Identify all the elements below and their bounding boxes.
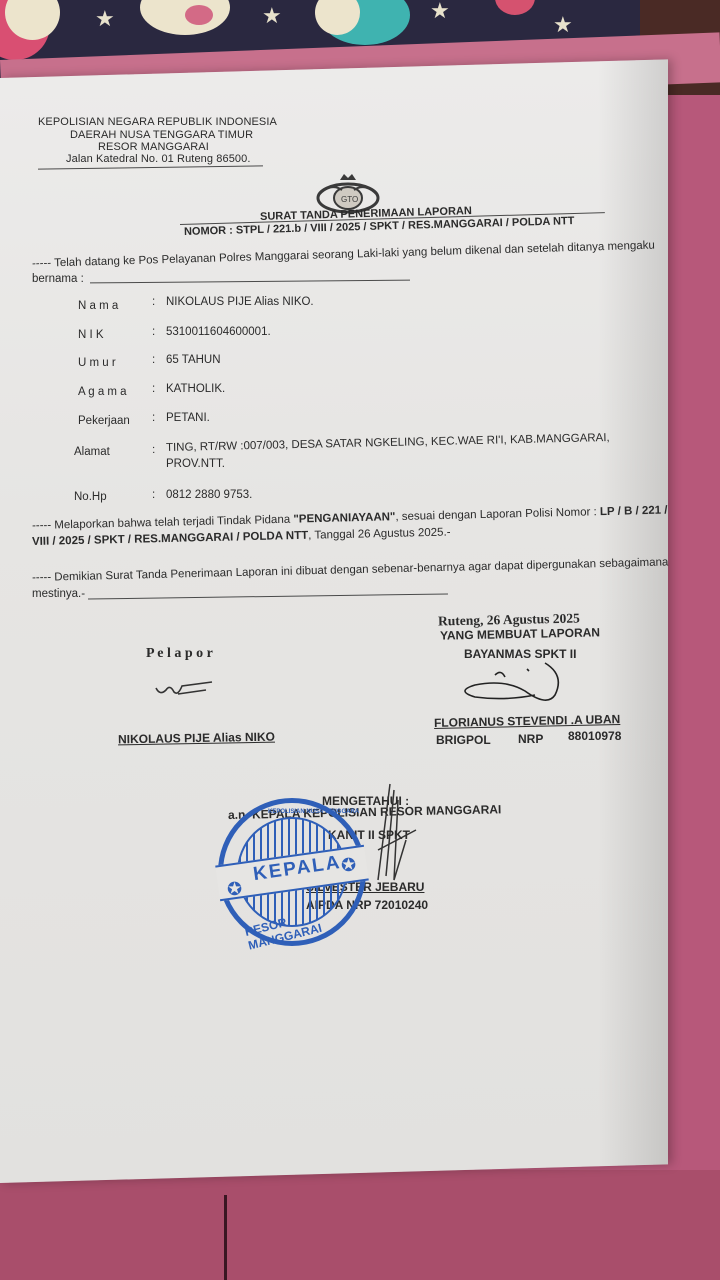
field-colon: : — [152, 354, 155, 366]
field-label: N I K — [78, 329, 104, 341]
field-colon: : — [152, 326, 155, 338]
field-value: 65 TAHUN — [166, 354, 221, 366]
stamp-emblem-left-icon: ✪ — [227, 879, 242, 900]
officer-nrp-label: NRP — [518, 732, 543, 746]
stamp-emblem-right-icon: ✪ — [341, 855, 356, 876]
reporter-name: NIKOLAUS PIJE Alias NIKO — [118, 730, 275, 747]
intro-dash — [90, 280, 410, 284]
officer-signature-icon — [455, 655, 595, 715]
field-label: U m u r — [78, 357, 116, 369]
field-label: No.Hp — [74, 491, 107, 503]
field-label: N a m a — [78, 300, 118, 312]
field-label: Alamat — [74, 446, 110, 458]
svg-text:GTO: GTO — [341, 195, 358, 204]
officer-rank: BRIGPOL — [436, 733, 491, 747]
acknowledge-signature-icon — [360, 780, 420, 890]
field-value: PETANI. — [166, 412, 210, 424]
report-middle: , sesuai dengan Laporan Polisi Nomor : — [395, 506, 600, 523]
letterhead-line3: RESOR MANGGARAI — [98, 141, 209, 153]
field-label: A g a m a — [78, 386, 127, 398]
crime-type: "PENGANIAYAAN" — [293, 511, 395, 525]
field-colon: : — [152, 296, 155, 308]
officer-name: FLORIANUS STEVENDI .A UBAN — [434, 712, 620, 730]
intro-line1: ----- Telah datang ke Pos Pelayanan Polr… — [32, 240, 655, 270]
officer-nrp: 88010978 — [568, 729, 621, 743]
reporter-signature-icon — [152, 678, 222, 702]
closing-line1: ----- Demikian Surat Tanda Penerimaan La… — [32, 556, 669, 584]
field-colon: : — [152, 412, 155, 424]
field-value: 0812 2880 9753. — [166, 489, 252, 501]
field-colon: : — [152, 444, 155, 456]
letterhead-line1: KEPOLISIAN NEGARA REPUBLIK INDONESIA — [38, 116, 277, 128]
report-number-part2: VIII / 2025 / SPKT / RES.MANGGARAI / POL… — [32, 530, 308, 548]
stamp-top-text: KEPOLISIAN NUSA TENGGARA — [268, 809, 359, 815]
field-value: NIKOLAUS PIJE Alias NIKO. — [166, 296, 314, 308]
report-prefix: ----- Melaporkan bahwa telah terjadi Tin… — [32, 514, 294, 532]
field-colon: : — [152, 383, 155, 395]
field-value-line2: PROV.NTT. — [166, 458, 225, 470]
report-number-part1: LP / B / 221 / — [600, 504, 668, 518]
document: KEPOLISIAN NEGARA REPUBLIK INDONESIA DAE… — [0, 0, 720, 1280]
officer-role1: YANG MEMBUAT LAPORAN — [440, 625, 600, 642]
closing-dash — [88, 593, 448, 599]
intro-line2: bernama : — [32, 273, 84, 285]
official-stamp: KEPOLISIAN NUSA TENGGARA KEPALA RESOR MA… — [218, 798, 366, 946]
letterhead-line2: DAERAH NUSA TENGGARA TIMUR — [70, 129, 253, 141]
field-colon: : — [152, 489, 155, 501]
letterhead-underline — [38, 165, 263, 169]
field-value: TING, RT/RW :007/003, DESA SATAR NGKELIN… — [166, 432, 610, 454]
field-value: KATHOLIK. — [166, 383, 225, 395]
field-label: Pekerjaan — [78, 415, 130, 427]
field-value: 5310011604600001. — [166, 326, 271, 338]
letterhead-address: Jalan Katedral No. 01 Ruteng 86500. — [66, 153, 251, 165]
report-date: , Tanggal 26 Agustus 2025.- — [308, 527, 451, 542]
reporter-heading: P e l a p o r — [146, 646, 213, 662]
closing-line2: mestinya.- — [32, 588, 85, 600]
